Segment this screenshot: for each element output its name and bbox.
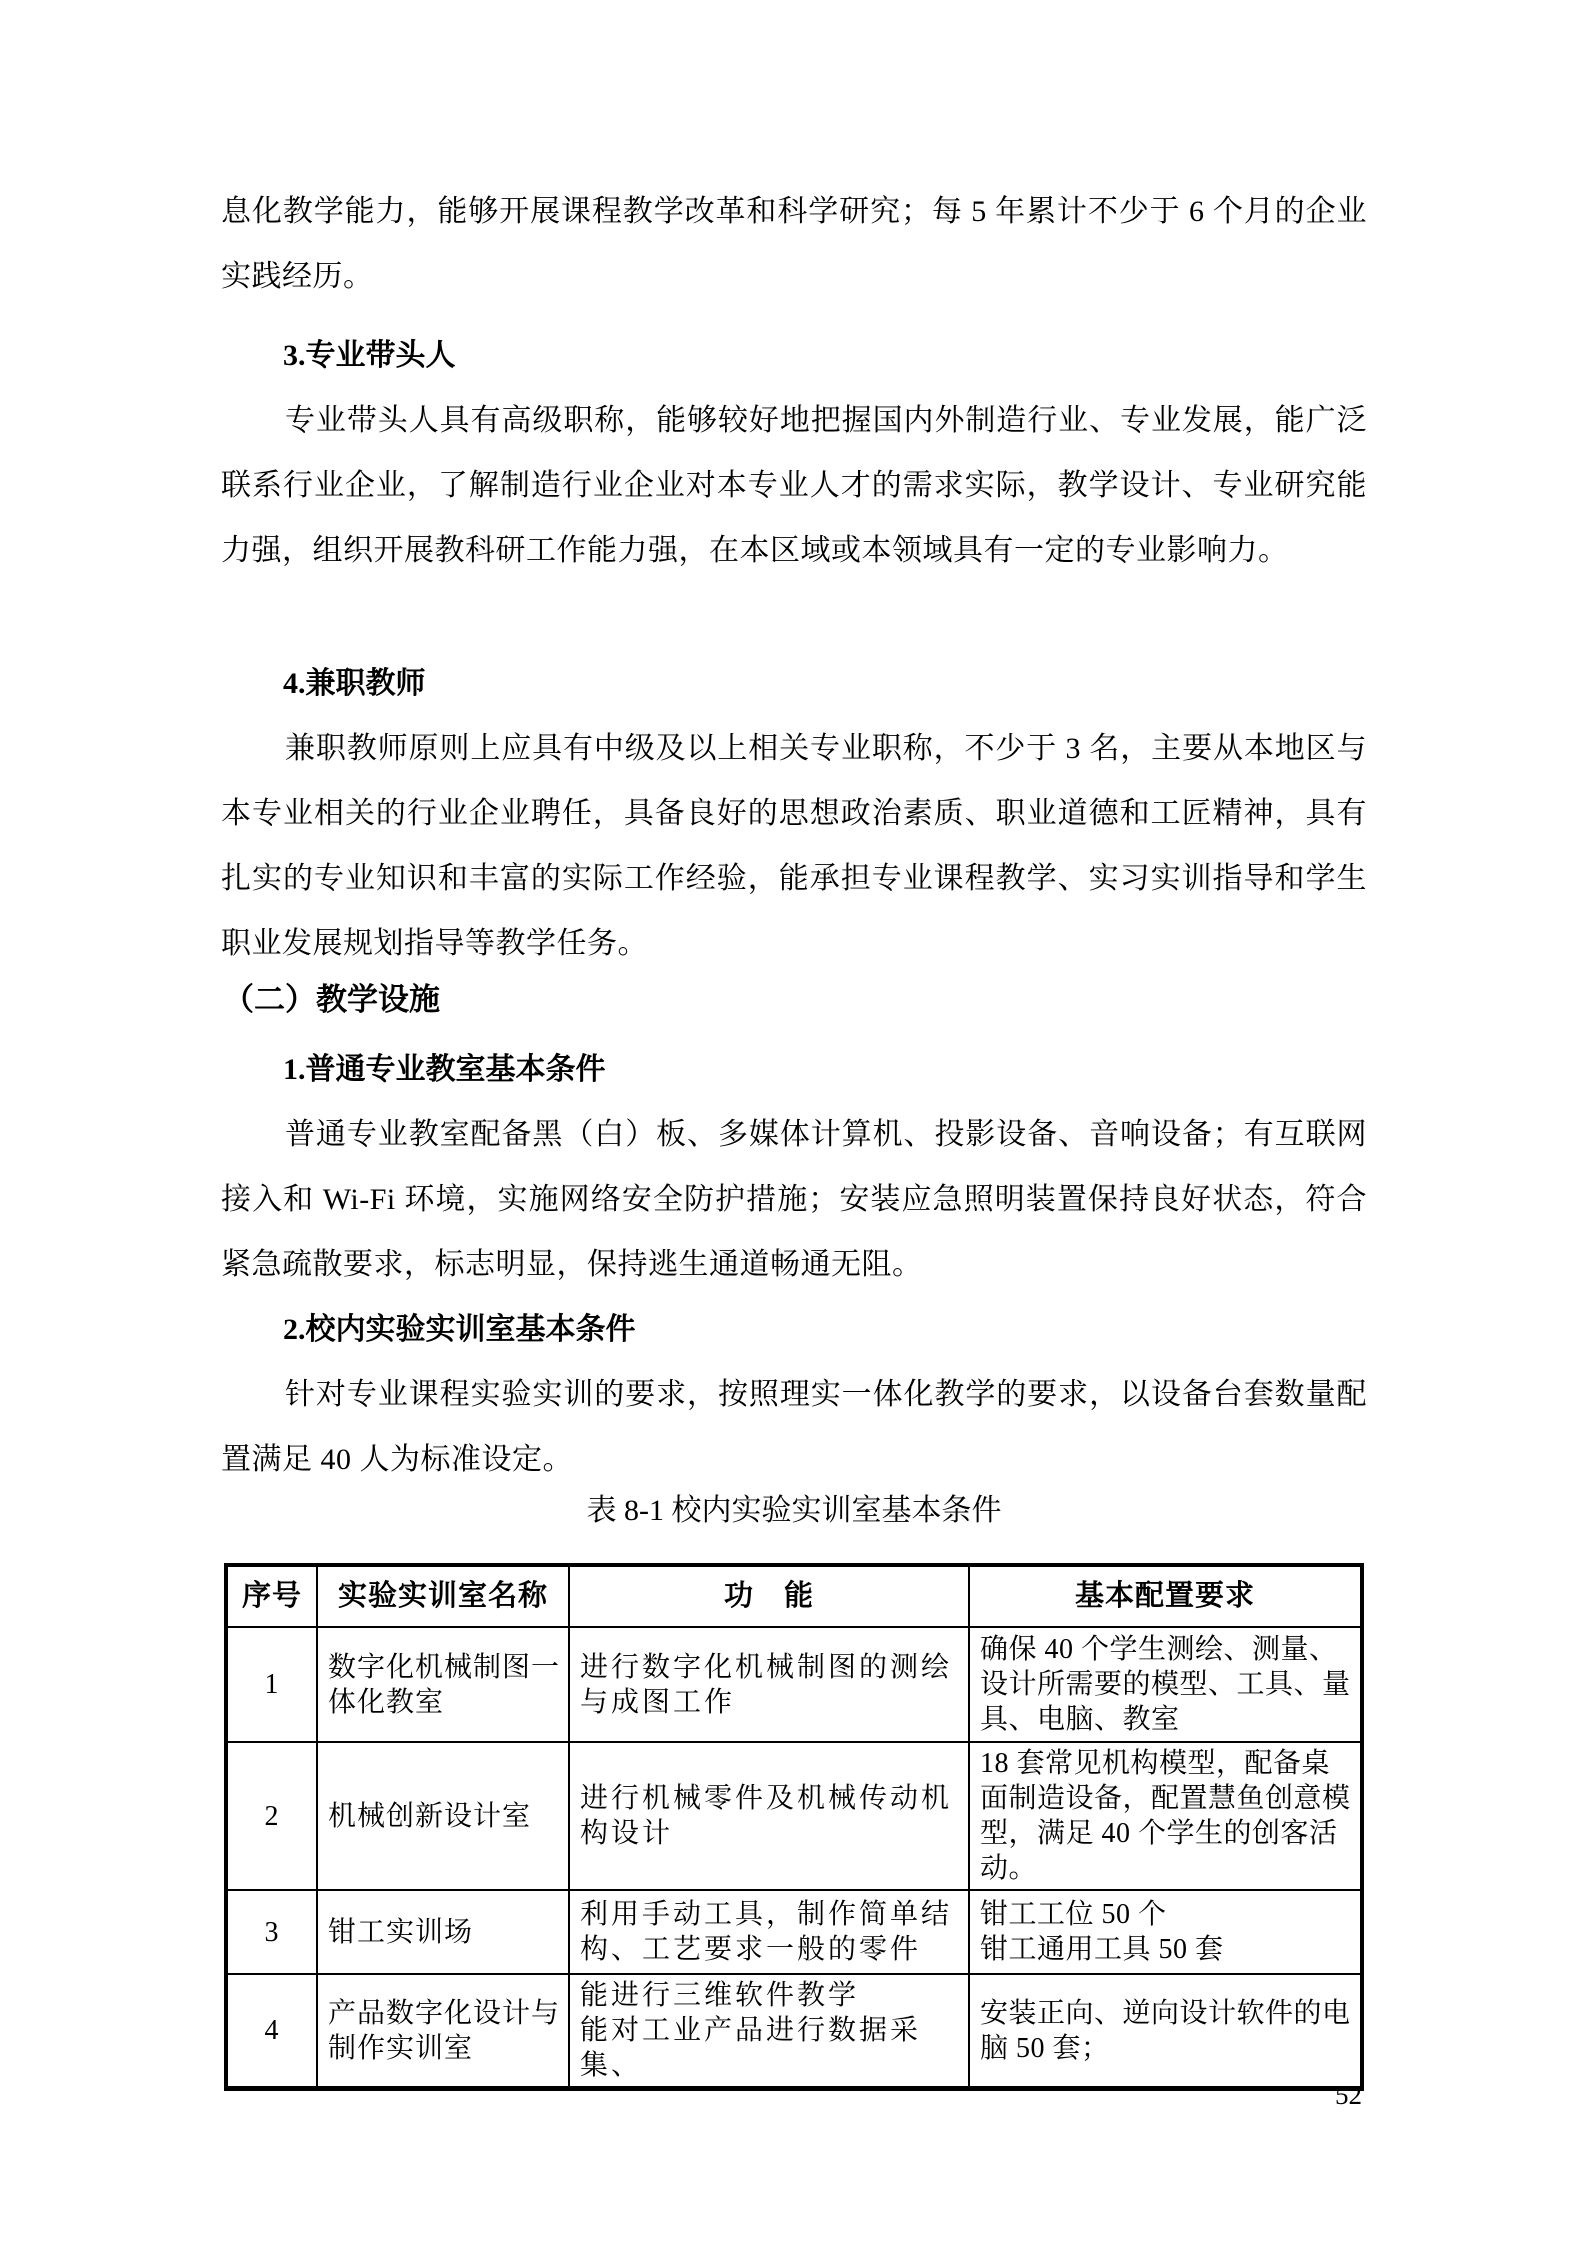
cell-name: 机械创新设计室	[317, 1742, 569, 1890]
cell-function: 利用手动工具，制作简单结构、工艺要求一般的零件	[569, 1890, 969, 1974]
table-row-cut-by-page-break: 4 产品数字化设计与制作实训室 能进行三维软件教学 能对工业产品进行数据采集、 …	[226, 1974, 1362, 2089]
table-row: 3 钳工实训场 利用手动工具，制作简单结构、工艺要求一般的零件 钳工工位 50 …	[226, 1890, 1362, 1974]
training-room-table: 序号 实验实训室名称 功 能 基本配置要求 1 数字化机械制图一体化教室 进行数…	[224, 1563, 1364, 2091]
table-caption: 表 8-1 校内实验实训室基本条件	[221, 1481, 1367, 1541]
paragraph-professional-leader: 专业带头人具有高级职称，能够较好地把握国内外制造行业、专业发展，能广泛联系行业企…	[221, 388, 1367, 583]
paragraph-ordinary-classroom: 普通专业教室配备黑（白）板、多媒体计算机、投影设备、音响设备；有互联网接入和 W…	[221, 1102, 1367, 1297]
cell-name: 钳工实训场	[317, 1890, 569, 1974]
cell-function: 能进行三维软件教学 能对工业产品进行数据采集、	[569, 1974, 969, 2089]
paragraph-training-rooms: 针对专业课程实验实训的要求，按照理实一体化教学的要求，以设备台套数量配置满足 4…	[221, 1362, 1367, 1492]
cell-requirements: 钳工工位 50 个 钳工通用工具 50 套	[969, 1890, 1362, 1974]
paragraph-continued-from-previous-page: 息化教学能力，能够开展课程教学改革和科学研究；每 5 年累计不少于 6 个月的企…	[221, 179, 1367, 309]
cell-requirements: 安装正向、逆向设计软件的电脑 50 套；	[969, 1974, 1362, 2089]
cell-no: 3	[226, 1890, 317, 1974]
heading-3-professional-leader: 3.专业带头人	[221, 323, 1429, 388]
header-cell-name: 实验实训室名称	[317, 1565, 569, 1627]
page-number: 52	[222, 2080, 1362, 2111]
header-cell-no: 序号	[226, 1565, 317, 1627]
heading-section2-teaching-facilities: （二）教学设施	[221, 967, 1369, 1032]
cell-name: 产品数字化设计与制作实训室	[317, 1974, 569, 2089]
heading-2-1-ordinary-classroom: 1.普通专业教室基本条件	[221, 1037, 1429, 1102]
cell-function: 进行数字化机械制图的测绘与成图工作	[569, 1627, 969, 1742]
table-header-row: 序号 实验实训室名称 功 能 基本配置要求	[226, 1565, 1362, 1627]
cell-no: 4	[226, 1974, 317, 2089]
cell-no: 1	[226, 1627, 317, 1742]
paragraph-part-time-teachers: 兼职教师原则上应具有中级及以上相关专业职称，不少于 3 名，主要从本地区与本专业…	[221, 716, 1367, 976]
document-page: { "page": { "number": "52" }, "body": { …	[0, 0, 1587, 2245]
table-row: 2 机械创新设计室 进行机械零件及机械传动机构设计 18 套常见机构模型，配备桌…	[226, 1742, 1362, 1890]
cell-function: 进行机械零件及机械传动机构设计	[569, 1742, 969, 1890]
cell-name: 数字化机械制图一体化教室	[317, 1627, 569, 1742]
heading-4-part-time-teachers: 4.兼职教师	[221, 651, 1429, 716]
cell-requirements: 18 套常见机构模型，配备桌面制造设备，配置慧鱼创意模型，满足 40 个学生的创…	[969, 1742, 1362, 1890]
cell-no: 2	[226, 1742, 317, 1890]
heading-2-2-training-rooms: 2.校内实验实训室基本条件	[221, 1297, 1429, 1362]
header-cell-function: 功 能	[569, 1565, 969, 1627]
header-cell-requirements: 基本配置要求	[969, 1565, 1362, 1627]
table-row: 1 数字化机械制图一体化教室 进行数字化机械制图的测绘与成图工作 确保 40 个…	[226, 1627, 1362, 1742]
cell-requirements: 确保 40 个学生测绘、测量、设计所需要的模型、工具、量具、电脑、教室	[969, 1627, 1362, 1742]
